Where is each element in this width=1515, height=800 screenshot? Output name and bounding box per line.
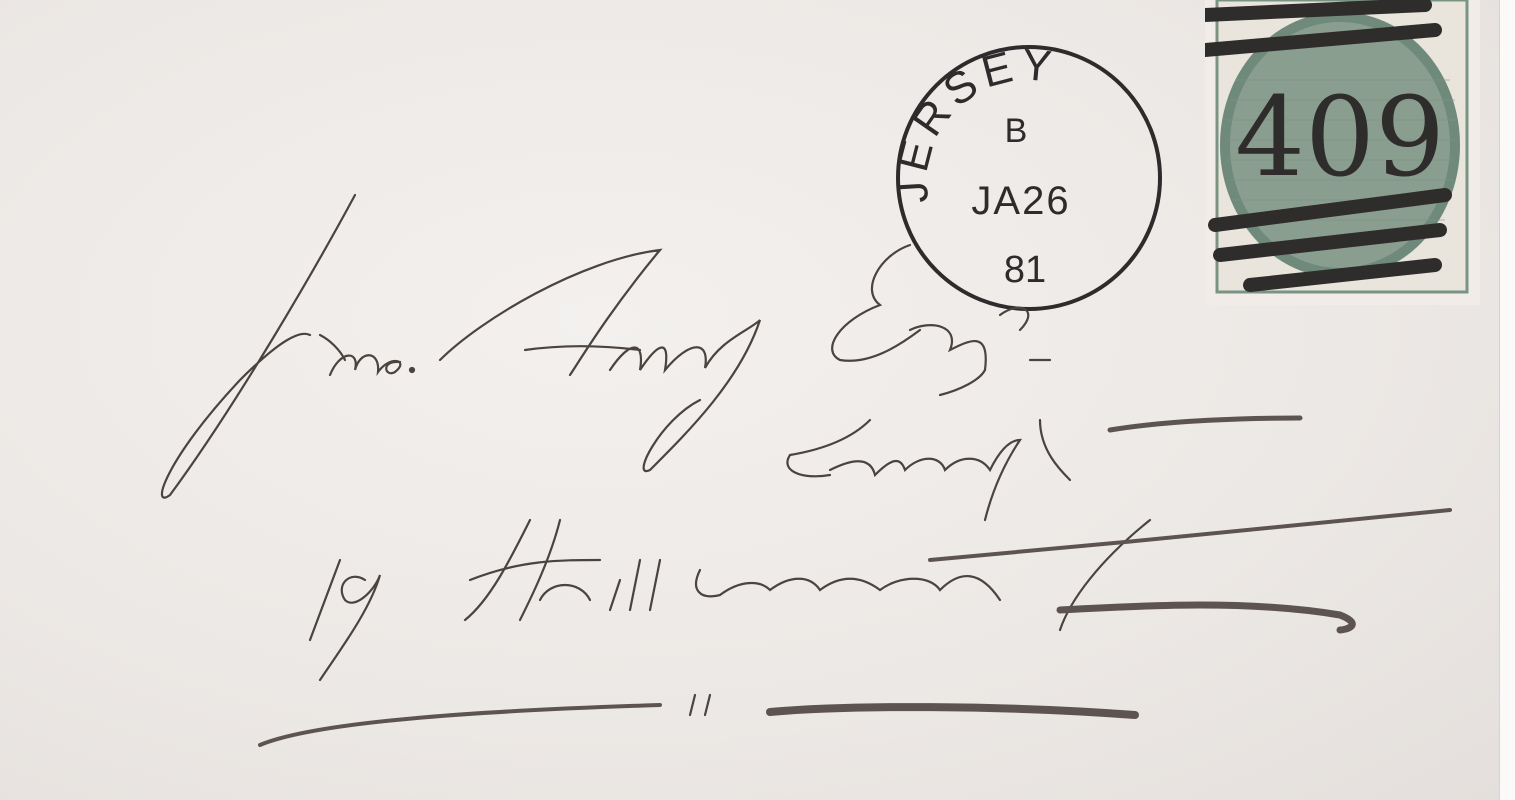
envelope: JERSEY B JA26 81 409 [0,0,1500,800]
envelope-edge [1499,0,1515,800]
handwritten-address [0,0,1500,800]
